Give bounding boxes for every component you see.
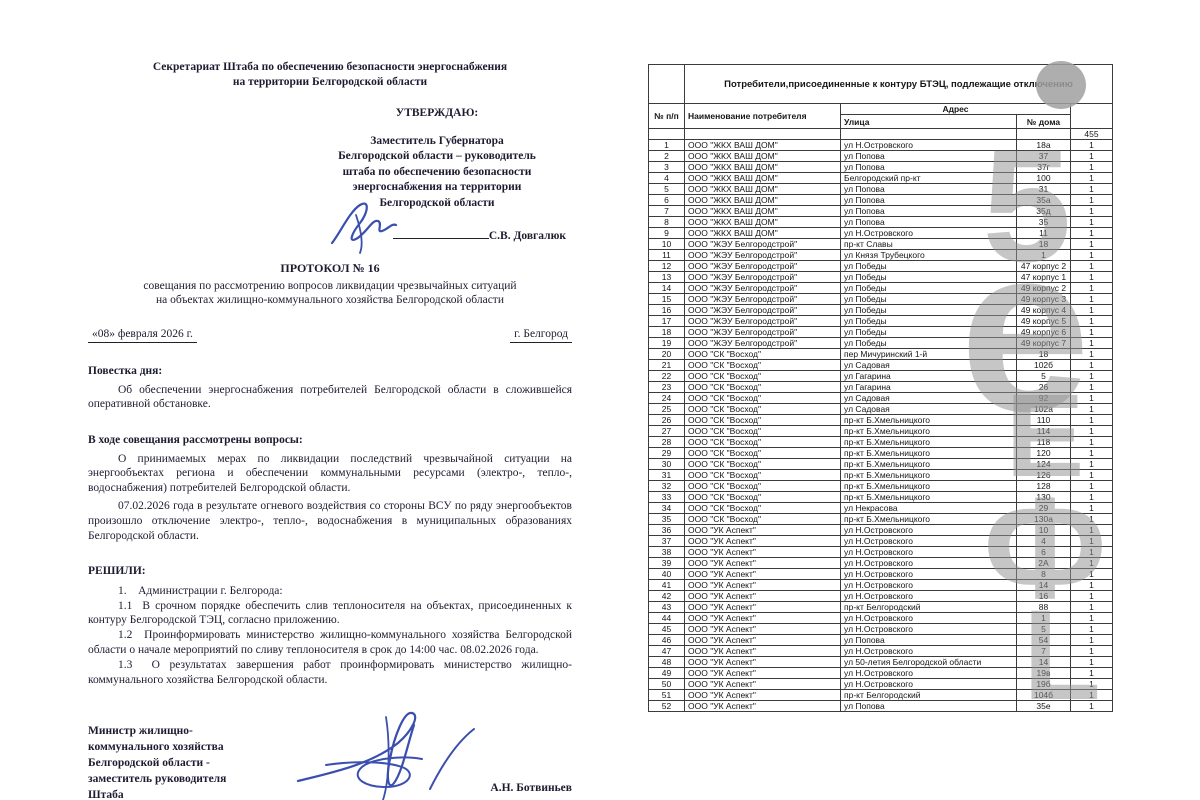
table-cell: 1 (1071, 470, 1113, 481)
protocol-date: «08» февраля 2026 г. (88, 327, 197, 344)
empty-cell (649, 129, 685, 140)
table-cell: 114 (1017, 426, 1071, 437)
table-cell: ул Н.Островского (841, 525, 1017, 536)
approver-line: Белгородской области (308, 196, 566, 212)
decided-item: 1.1 В срочном порядке обеспечить слив те… (88, 599, 572, 629)
table-cell: 24 (649, 393, 685, 404)
table-cell: 35е (1017, 701, 1071, 712)
table-cell: ул Победы (841, 283, 1017, 294)
table-cell: ООО "ЖЭУ Белгородстрой" (685, 239, 841, 250)
table-row: 35ООО "СК "Восход"пр-кт Б.Хмельницкого13… (649, 514, 1113, 525)
table-cell: 16 (1017, 591, 1071, 602)
table-cell: 1 (1071, 360, 1113, 371)
table-cell: 1 (1071, 349, 1113, 360)
table-cell: ООО "ЖЭУ Белгородстрой" (685, 294, 841, 305)
table-cell: 10 (1017, 525, 1071, 536)
table-cell: ООО "УК Аспект" (685, 613, 841, 624)
table-cell: ООО "ЖКХ ВАШ ДОМ" (685, 173, 841, 184)
table-cell: ООО "УК Аспект" (685, 701, 841, 712)
table-cell: ул Н.Островского (841, 569, 1017, 580)
approver-line: Белгородской области – руководитель (308, 149, 566, 165)
table-cell: 1 (1071, 448, 1113, 459)
table-cell: 1 (649, 140, 685, 151)
table-cell: ООО "СК "Восход" (685, 371, 841, 382)
table-row: 50ООО "УК Аспект"ул Н.Островского19б1 (649, 679, 1113, 690)
table-cell: 5 (1017, 624, 1071, 635)
table-cell: ул Победы (841, 305, 1017, 316)
table-cell: 1 (1071, 525, 1113, 536)
table-cell: 1 (1071, 624, 1113, 635)
table-cell: ул Победы (841, 327, 1017, 338)
table-cell: ООО "СК "Восход" (685, 437, 841, 448)
table-cell: 49 корпус 5 (1017, 316, 1071, 327)
protocol-title: ПРОТОКОЛ № 16 (88, 261, 572, 276)
table-cell: ул Садовая (841, 360, 1017, 371)
table-cell: пр-кт Б.Хмельницкого (841, 514, 1017, 525)
table-cell: 47 корпус 2 (1017, 261, 1071, 272)
subtitle-line: совещания по рассмотрению вопросов ликви… (88, 279, 572, 294)
approver-line: штаба по обеспечению безопасности (308, 165, 566, 181)
table-cell: 1 (1071, 217, 1113, 228)
table-cell: 6 (1017, 547, 1071, 558)
signature-line (393, 227, 489, 239)
table-cell: 31 (1017, 184, 1071, 195)
table-cell: пр-кт Б.Хмельницкого (841, 492, 1017, 503)
date-city-row: «08» февраля 2026 г. г. Белгород (88, 327, 572, 344)
table-cell: ООО "ЖКХ ВАШ ДОМ" (685, 206, 841, 217)
considered-heading: В ходе совещания рассмотрены вопросы: (88, 433, 572, 448)
table-cell: 35 (649, 514, 685, 525)
table-row: 17ООО "ЖЭУ Белгородстрой"ул Победы49 кор… (649, 316, 1113, 327)
table-cell: 1 (1071, 415, 1113, 426)
table-row: 20ООО "СК "Восход"пер Мичуринский 1-й181 (649, 349, 1113, 360)
consumers-table: Потребители,присоединенные к контуру БТЭ… (648, 64, 1113, 712)
table-cell: 88 (1017, 602, 1071, 613)
table-cell: 26 (1017, 382, 1071, 393)
table-cell: 41 (649, 580, 685, 591)
table-cell: ул 50-летия Белгородской области (841, 657, 1017, 668)
table-cell: 8 (1017, 569, 1071, 580)
header-line: на территории Белгородской области (88, 75, 572, 90)
table-cell: ул Некрасова (841, 503, 1017, 514)
table-cell: 7 (1017, 646, 1071, 657)
table-cell: ООО "СК "Восход" (685, 459, 841, 470)
table-cell: ООО "СК "Восход" (685, 404, 841, 415)
table-cell: 43 (649, 602, 685, 613)
table-row: 21ООО "СК "Восход"ул Садовая102б1 (649, 360, 1113, 371)
empty-cell (1017, 129, 1071, 140)
table-cell: ООО "УК Аспект" (685, 690, 841, 701)
table-row: 36ООО "УК Аспект"ул Н.Островского101 (649, 525, 1113, 536)
minister-signature-block: Министр жилищно- коммунального хозяйства… (88, 711, 572, 800)
table-cell: 49 корпус 3 (1017, 294, 1071, 305)
table-cell: 21 (649, 360, 685, 371)
table-cell: 1 (1071, 162, 1113, 173)
table-cell: ул Победы (841, 272, 1017, 283)
table-cell: 104б (1017, 690, 1071, 701)
table-cell: ООО "ЖЭУ Белгородстрой" (685, 250, 841, 261)
table-cell: 9 (649, 228, 685, 239)
table-cell: ООО "ЖКХ ВАШ ДОМ" (685, 162, 841, 173)
col-header-name: Наименование потребителя (685, 104, 841, 129)
table-row: 47ООО "УК Аспект"ул Н.Островского71 (649, 646, 1113, 657)
table-row: 26ООО "СК "Восход"пр-кт Б.Хмельницкого11… (649, 415, 1113, 426)
table-cell: 16 (649, 305, 685, 316)
table-cell: ООО "СК "Восход" (685, 448, 841, 459)
table-cell: ООО "СК "Восход" (685, 426, 841, 437)
table-cell: ул Н.Островского (841, 140, 1017, 151)
table-row: 8ООО "ЖКХ ВАШ ДОМ"ул Попова351 (649, 217, 1113, 228)
table-cell: ООО "УК Аспект" (685, 668, 841, 679)
table-cell: 18 (1017, 349, 1071, 360)
table-cell: 20 (649, 349, 685, 360)
table-row: 39ООО "УК Аспект"ул Н.Островского2А1 (649, 558, 1113, 569)
table-row: 44ООО "УК Аспект"ул Н.Островского11 (649, 613, 1113, 624)
table-cell: 50 (649, 679, 685, 690)
col-header-house: № дома (1017, 115, 1071, 129)
table-cell: 1 (1071, 569, 1113, 580)
table-cell: ООО "ЖЭУ Белгородстрой" (685, 261, 841, 272)
table-cell: ООО "СК "Восход" (685, 393, 841, 404)
table-cell: 1 (1071, 305, 1113, 316)
approver-line: Заместитель Губернатора (308, 134, 566, 150)
table-cell: пр-кт Б.Хмельницкого (841, 448, 1017, 459)
table-cell: ООО "УК Аспект" (685, 580, 841, 591)
table-cell: ул Попова (841, 206, 1017, 217)
table-cell: 5 (649, 184, 685, 195)
table-cell: пр-кт Б.Хмельницкого (841, 415, 1017, 426)
table-cell: 1 (1071, 382, 1113, 393)
table-cell: ООО "УК Аспект" (685, 536, 841, 547)
table-cell: 13 (649, 272, 685, 283)
table-cell: 42 (649, 591, 685, 602)
table-cell: 1 (1071, 536, 1113, 547)
table-cell: ООО "ЖЭУ Белгородстрой" (685, 272, 841, 283)
table-cell: ул Н.Островского (841, 624, 1017, 635)
table-cell: 39 (649, 558, 685, 569)
col-header-empty (1071, 104, 1113, 129)
table-cell: ООО "СК "Восход" (685, 492, 841, 503)
table-cell: пр-кт Белгородский (841, 602, 1017, 613)
table-cell: пр-кт Славы (841, 239, 1017, 250)
table-cell: 1 (1071, 690, 1113, 701)
table-cell: 1 (1071, 426, 1113, 437)
table-body: 1ООО "ЖКХ ВАШ ДОМ"ул Н.Островского18а12О… (649, 140, 1113, 712)
agenda-text: Об обеспечении энергоснабжения потребите… (88, 383, 572, 413)
table-cell: 36 (649, 525, 685, 536)
table-cell: 37 (649, 536, 685, 547)
table-cell: ул Попова (841, 195, 1017, 206)
table-cell: ул Н.Островского (841, 580, 1017, 591)
table-row: 30ООО "СК "Восход"пр-кт Б.Хмельницкого12… (649, 459, 1113, 470)
table-cell: 18 (649, 327, 685, 338)
protocol-city: г. Белгород (510, 327, 572, 344)
table-cell: 52 (649, 701, 685, 712)
table-cell: ООО "ЖКХ ВАШ ДОМ" (685, 228, 841, 239)
table-row: 18ООО "ЖЭУ Белгородстрой"ул Победы49 кор… (649, 327, 1113, 338)
table-row: 29ООО "СК "Восход"пр-кт Б.Хмельницкого12… (649, 448, 1113, 459)
table-cell: ООО "ЖКХ ВАШ ДОМ" (685, 217, 841, 228)
decided-item: 1.3 О результатах завершения работ проин… (88, 658, 572, 688)
table-cell: ООО "УК Аспект" (685, 657, 841, 668)
table-cell: 25 (649, 404, 685, 415)
table-cell: 1 (1071, 272, 1113, 283)
table-cell: ул Попова (841, 184, 1017, 195)
table-cell: 1 (1071, 635, 1113, 646)
minister-line: коммунального хозяйства (88, 739, 278, 755)
approval-block: УТВЕРЖДАЮ: Заместитель Губернатора Белго… (308, 106, 566, 249)
table-cell: 49 корпус 6 (1017, 327, 1071, 338)
minister-title: Министр жилищно- коммунального хозяйства… (88, 723, 278, 800)
protocol-page: Секретариат Штаба по обеспечению безопас… (88, 60, 572, 800)
table-row: 41ООО "УК Аспект"ул Н.Островского141 (649, 580, 1113, 591)
table-cell: 37 (1017, 151, 1071, 162)
table-cell: ООО "УК Аспект" (685, 558, 841, 569)
empty-cell (841, 129, 1017, 140)
table-cell: 1 (1071, 327, 1113, 338)
table-cell: 120 (1017, 448, 1071, 459)
decided-item: 1. Администрации г. Белгорода: (88, 584, 572, 599)
minister-name: А.Н. Ботвиньев (490, 781, 572, 800)
table-cell: 30 (649, 459, 685, 470)
table-cell: ООО "УК Аспект" (685, 635, 841, 646)
table-cell: 1 (1071, 580, 1113, 591)
table-cell: ул Попова (841, 217, 1017, 228)
table-row: 37ООО "УК Аспект"ул Н.Островского41 (649, 536, 1113, 547)
table-cell: ул Гагарина (841, 382, 1017, 393)
table-row: 12ООО "ЖЭУ Белгородстрой"ул Победы47 кор… (649, 261, 1113, 272)
table-row: 24ООО "СК "Восход"ул Садовая921 (649, 393, 1113, 404)
table-title-row: Потребители,присоединенные к контуру БТЭ… (649, 65, 1113, 104)
table-cell: 100 (1017, 173, 1071, 184)
table-cell: пр-кт Б.Хмельницкого (841, 481, 1017, 492)
table-cell: ООО "УК Аспект" (685, 646, 841, 657)
approver-signature-row: С.В. Довгалюк (308, 227, 566, 249)
table-cell: 1 (1071, 195, 1113, 206)
table-cell: ул Попова (841, 635, 1017, 646)
table-row: 48ООО "УК Аспект"ул 50-летия Белгородско… (649, 657, 1113, 668)
table-row: 34ООО "СК "Восход"ул Некрасова291 (649, 503, 1113, 514)
table-cell: 47 (649, 646, 685, 657)
table-row: 15ООО "ЖЭУ Белгородстрой"ул Победы49 кор… (649, 294, 1113, 305)
table-cell: 45 (649, 624, 685, 635)
table-cell: 1 (1071, 371, 1113, 382)
table-cell: ООО "ЖЭУ Белгородстрой" (685, 316, 841, 327)
table-row: 10ООО "ЖЭУ Белгородстрой"пр-кт Славы181 (649, 239, 1113, 250)
table-cell: 1 (1071, 481, 1113, 492)
table-cell: 35а (1017, 195, 1071, 206)
minister-line: Штаба (88, 787, 278, 800)
table-cell: 4 (649, 173, 685, 184)
table-row: 13ООО "ЖЭУ Белгородстрой"ул Победы47 кор… (649, 272, 1113, 283)
table-cell: 1 (1071, 437, 1113, 448)
table-cell: ООО "СК "Восход" (685, 514, 841, 525)
table-cell: 1 (1071, 239, 1113, 250)
table-cell: 1 (1071, 393, 1113, 404)
table-cell: 1 (1071, 140, 1113, 151)
table-cell: 92 (1017, 393, 1071, 404)
table-row: 43ООО "УК Аспект"пр-кт Белгородский881 (649, 602, 1113, 613)
table-cell: пр-кт Белгородский (841, 690, 1017, 701)
table-cell: 1 (1071, 206, 1113, 217)
table-cell: 118 (1017, 437, 1071, 448)
table-row: 14ООО "ЖЭУ Белгородстрой"ул Победы49 кор… (649, 283, 1113, 294)
table-cell: 28 (649, 437, 685, 448)
header-line: Секретариат Штаба по обеспечению безопас… (88, 60, 572, 75)
table-cell: 31 (649, 470, 685, 481)
table-cell: 19в (1017, 668, 1071, 679)
table-cell: 1 (1071, 514, 1113, 525)
approver-line: энергоснабжения на территории (308, 180, 566, 196)
table-cell: 49 (649, 668, 685, 679)
table-cell: ООО "ЖКХ ВАШ ДОМ" (685, 184, 841, 195)
table-row: 1ООО "ЖКХ ВАШ ДОМ"ул Н.Островского18а1 (649, 140, 1113, 151)
table-row: 9ООО "ЖКХ ВАШ ДОМ"ул Н.Островского111 (649, 228, 1113, 239)
table-cell: Белгородский пр-кт (841, 173, 1017, 184)
table-title: Потребители,присоединенные к контуру БТЭ… (685, 65, 1113, 104)
table-cell: 1 (1071, 613, 1113, 624)
table-cell: ООО "ЖЭУ Белгородстрой" (685, 327, 841, 338)
minister-line: Министр жилищно- (88, 723, 278, 739)
table-cell: ул Н.Островского (841, 679, 1017, 690)
table-cell: ООО "ЖЭУ Белгородстрой" (685, 283, 841, 294)
approve-label: УТВЕРЖДАЮ: (308, 106, 566, 121)
table-cell: 4 (1017, 536, 1071, 547)
table-row: 22ООО "СК "Восход"ул Гагарина51 (649, 371, 1113, 382)
table-cell: 1 (1071, 261, 1113, 272)
agenda-heading: Повестка дня: (88, 364, 572, 379)
table-cell: 1 (1071, 503, 1113, 514)
protocol-subtitle: совещания по рассмотрению вопросов ликви… (88, 279, 572, 308)
table-cell: 46 (649, 635, 685, 646)
table-row: 27ООО "СК "Восход"пр-кт Б.Хмельницкого11… (649, 426, 1113, 437)
table-cell: 1 (1071, 602, 1113, 613)
table-row: 33ООО "СК "Восход"пр-кт Б.Хмельницкого13… (649, 492, 1113, 503)
table-cell: ООО "УК Аспект" (685, 547, 841, 558)
table-cell: 110 (1017, 415, 1071, 426)
table-cell: ООО "СК "Восход" (685, 481, 841, 492)
table-cell: 27 (649, 426, 685, 437)
table-cell: 6 (649, 195, 685, 206)
table-cell: 19б (1017, 679, 1071, 690)
table-row: 28ООО "СК "Восход"пр-кт Б.Хмельницкого11… (649, 437, 1113, 448)
table-cell: 40 (649, 569, 685, 580)
table-cell: 49 корпус 4 (1017, 305, 1071, 316)
table-cell: 33 (649, 492, 685, 503)
table-cell: 32 (649, 481, 685, 492)
table-row: 19ООО "ЖЭУ Белгородстрой"ул Победы49 кор… (649, 338, 1113, 349)
table-cell: 26 (649, 415, 685, 426)
table-cell: 14 (1017, 657, 1071, 668)
table-cell: 22 (649, 371, 685, 382)
table-cell: ООО "ЖЭУ Белгородстрой" (685, 338, 841, 349)
table-row: 16ООО "ЖЭУ Белгородстрой"ул Победы49 кор… (649, 305, 1113, 316)
table-cell: ООО "ЖКХ ВАШ ДОМ" (685, 195, 841, 206)
table-cell: 1 (1071, 657, 1113, 668)
table-cell: 49 корпус 7 (1017, 338, 1071, 349)
table-cell: 1 (1071, 591, 1113, 602)
document-header: Секретариат Штаба по обеспечению безопас… (88, 60, 572, 89)
table-cell: 17 (649, 316, 685, 327)
table-cell: ул Победы (841, 294, 1017, 305)
empty-cell (685, 129, 841, 140)
minister-line: Белгородской области - (88, 755, 278, 771)
approver-name: С.В. Довгалюк (489, 230, 566, 242)
table-cell: 18а (1017, 140, 1071, 151)
table-cell: 44 (649, 613, 685, 624)
table-cell: пр-кт Б.Хмельницкого (841, 426, 1017, 437)
table-row: 32ООО "СК "Восход"пр-кт Б.Хмельницкого12… (649, 481, 1113, 492)
col-header-num: № п/п (649, 104, 685, 129)
subtitle-line: на объектах жилищно-коммунального хозяйс… (88, 293, 572, 308)
col-header-address: Адрес (841, 104, 1071, 115)
table-cell: ООО "УК Аспект" (685, 525, 841, 536)
table-row: 49ООО "УК Аспект"ул Н.Островского19в1 (649, 668, 1113, 679)
table-cell: ООО "СК "Восход" (685, 349, 841, 360)
table-row: 45ООО "УК Аспект"ул Н.Островского51 (649, 624, 1113, 635)
table-cell: ул Победы (841, 316, 1017, 327)
minister-line: заместитель руководителя (88, 771, 278, 787)
decided-item: 1.2 Проинформировать министерство жилищн… (88, 628, 572, 658)
document-scan: Секретариат Штаба по обеспечению безопас… (0, 0, 1200, 800)
table-row: 6ООО "ЖКХ ВАШ ДОМ"ул Попова35а1 (649, 195, 1113, 206)
table-cell: 124 (1017, 459, 1071, 470)
table-cell: 19 (649, 338, 685, 349)
table-row: 3ООО "ЖКХ ВАШ ДОМ"ул Попова37г1 (649, 162, 1113, 173)
table-cell: 1 (1071, 404, 1113, 415)
table-cell: 12 (649, 261, 685, 272)
table-row: 42ООО "УК Аспект"ул Н.Островского161 (649, 591, 1113, 602)
table-cell: ул Н.Островского (841, 558, 1017, 569)
table-cell: ООО "СК "Восход" (685, 415, 841, 426)
table-cell: 126 (1017, 470, 1071, 481)
considered-paragraph: 07.02.2026 года в результате огневого во… (88, 499, 572, 543)
corner-cell (649, 65, 685, 104)
table-cell: 47 корпус 1 (1017, 272, 1071, 283)
table-cell: ул Попова (841, 151, 1017, 162)
table-cell: ООО "УК Аспект" (685, 624, 841, 635)
table-row: 2ООО "ЖКХ ВАШ ДОМ"ул Попова371 (649, 151, 1113, 162)
table-cell: 7 (649, 206, 685, 217)
table-cell: 102б (1017, 360, 1071, 371)
table-cell: 1 (1071, 558, 1113, 569)
table-cell: ООО "УК Аспект" (685, 591, 841, 602)
table-row: 52ООО "УК Аспект"ул Попова35е1 (649, 701, 1113, 712)
table-cell: 1 (1071, 338, 1113, 349)
table-cell: ул Н.Островского (841, 668, 1017, 679)
table-cell: 1 (1017, 613, 1071, 624)
table-cell: 1 (1071, 173, 1113, 184)
table-cell: 54 (1017, 635, 1071, 646)
table-header-row: № п/п Наименование потребителя Адрес (649, 104, 1113, 115)
table-cell: 23 (649, 382, 685, 393)
table-cell: ООО "СК "Восход" (685, 503, 841, 514)
table-cell: ул Н.Островского (841, 646, 1017, 657)
table-cell: ул Победы (841, 261, 1017, 272)
table-cell: ул Садовая (841, 393, 1017, 404)
col-header-street: Улица (841, 115, 1017, 129)
table-cell: ул Попова (841, 162, 1017, 173)
table-cell: ул Н.Островского (841, 547, 1017, 558)
table-cell: ООО "УК Аспект" (685, 602, 841, 613)
table-cell: 38 (649, 547, 685, 558)
table-row: 46ООО "УК Аспект"ул Попова541 (649, 635, 1113, 646)
table-cell: 2А (1017, 558, 1071, 569)
table-cell: ул Победы (841, 338, 1017, 349)
table-cell: 37г (1017, 162, 1071, 173)
table-cell: 1 (1071, 184, 1113, 195)
table-cell: 3 (649, 162, 685, 173)
